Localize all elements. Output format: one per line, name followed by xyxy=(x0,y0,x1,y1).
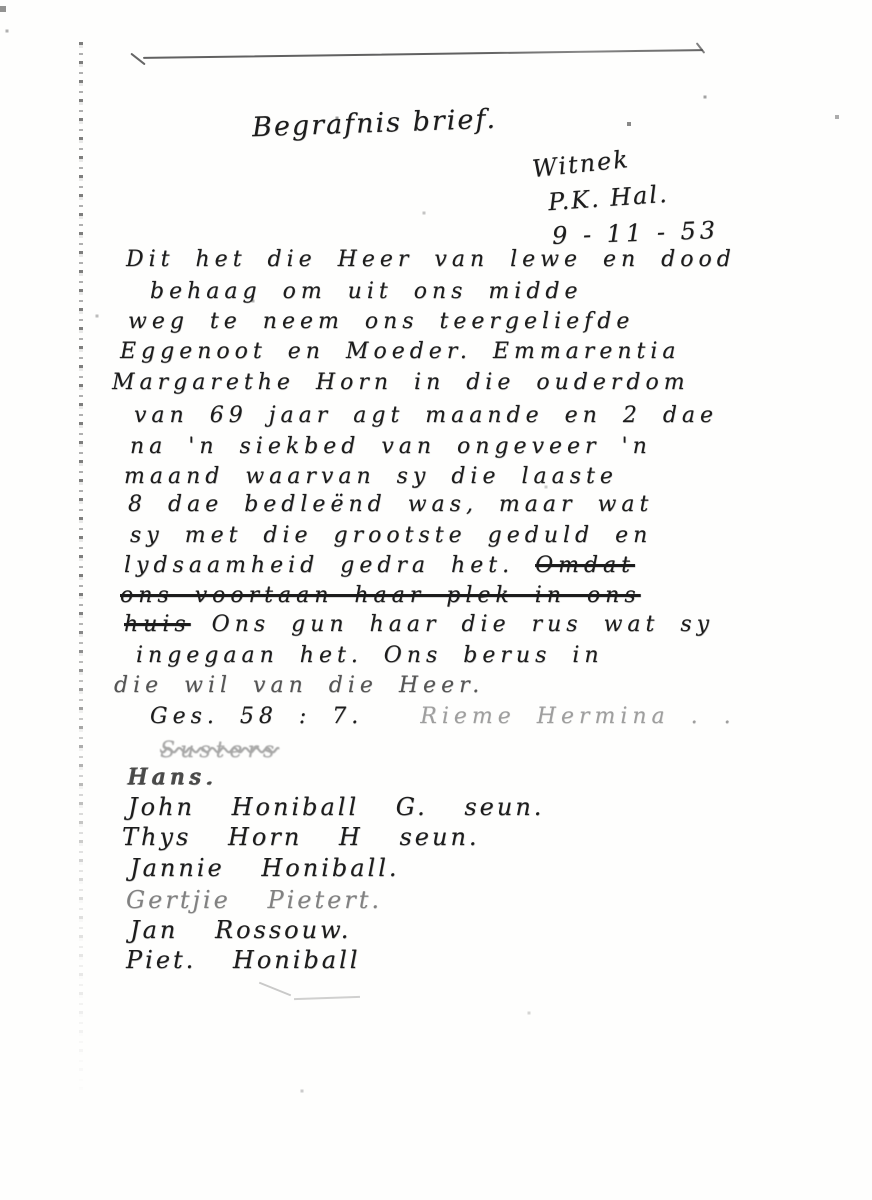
struck-word: huis xyxy=(124,612,191,637)
hymn-faint-text: Rieme Hermina . . xyxy=(420,704,735,729)
signature: Piet. Honiball xyxy=(126,946,360,974)
letter-line: die wil van die Heer. xyxy=(114,673,484,698)
line-text: maand waarvan sy die laaste xyxy=(124,464,618,489)
letter-line: lydsaamheid gedra het. Omdat xyxy=(124,553,635,578)
line-text: lydsaamheid gedra het. xyxy=(124,553,535,578)
line-text: Dit het die Heer van lewe en dood xyxy=(126,247,736,272)
line-text: van 69 jaar agt maande en 2 dae xyxy=(134,403,718,428)
line-text: Eggenoot en Moeder. Emmarentia xyxy=(120,339,681,364)
letter-line: sy met die grootste geduld en xyxy=(130,523,652,548)
letter-line: na 'n siekbed van ongeveer 'n xyxy=(130,434,652,459)
line-text: behaag om uit ons midde xyxy=(150,279,583,304)
letter-line: 8 dae bedleënd was, maar wat xyxy=(128,492,653,517)
scan-left-edge-artifact xyxy=(79,42,83,1112)
signature: John Honiball G. seun. xyxy=(128,793,544,821)
line-text: na 'n siekbed van ongeveer 'n xyxy=(130,434,652,459)
struck-text: ons voortaan haar plek in ons xyxy=(120,583,641,608)
line-text: weg te neem ons teergeliefde xyxy=(128,309,634,334)
line-text: Margarethe Horn in die ouderdom xyxy=(112,370,690,395)
line-text: Ons gun haar die rus wat sy xyxy=(191,612,714,637)
line-text: 8 dae bedleënd was, maar wat xyxy=(128,492,653,517)
signature: Jannie Honiball. xyxy=(130,854,400,882)
header-date: 9 - 11 - 53 xyxy=(552,216,720,250)
line-text: die wil van die Heer. xyxy=(114,673,484,698)
letter-heading: Begrafnis brief. xyxy=(252,104,498,144)
letter-line: behaag om uit ons midde xyxy=(150,279,583,304)
page-top-edge-hook xyxy=(696,42,706,53)
letter-line: van 69 jaar agt maande en 2 dae xyxy=(134,403,718,428)
scan-specks xyxy=(0,0,2,2)
page-top-edge-tick xyxy=(130,53,145,66)
scanned-letter-page: Begrafnis brief. Witnek P.K. Hal. 9 - 11… xyxy=(0,0,872,1200)
letter-line: ons voortaan haar plek in ons xyxy=(120,583,641,608)
letter-line: weg te neem ons teergeliefde xyxy=(128,309,634,334)
header-postal: P.K. Hal. xyxy=(547,180,669,216)
letter-line: Dit het die Heer van lewe en dood xyxy=(126,247,736,272)
letter-line: Eggenoot en Moeder. Emmarentia xyxy=(120,339,681,364)
scribble-overwritten-word: Hans. xyxy=(128,765,218,790)
line-text: ingegaan het. Ons berus in xyxy=(136,643,604,668)
scan-smudge xyxy=(258,988,362,1002)
signature: Gertjie Pietert. xyxy=(126,886,382,914)
line-text: sy met die grootste geduld en xyxy=(130,523,652,548)
hymn-line: Ges. 58 : 7. Rieme Hermina . . xyxy=(150,704,736,729)
header-place: Witnek xyxy=(531,145,631,183)
scribble-struck-word: Susters xyxy=(160,738,279,763)
letter-line: Margarethe Horn in die ouderdom xyxy=(112,370,690,395)
struck-word: Omdat xyxy=(535,553,635,578)
signature: Thys Horn H seun. xyxy=(122,823,480,851)
letter-line: ingegaan het. Ons berus in xyxy=(136,643,604,668)
letter-line: huis Ons gun haar die rus wat sy xyxy=(124,612,714,637)
page-top-edge-line xyxy=(143,49,703,59)
hymn-reference: Ges. 58 : 7. xyxy=(150,704,363,729)
letter-line: maand waarvan sy die laaste xyxy=(124,464,618,489)
signature: Jan Rossouw. xyxy=(130,916,351,944)
